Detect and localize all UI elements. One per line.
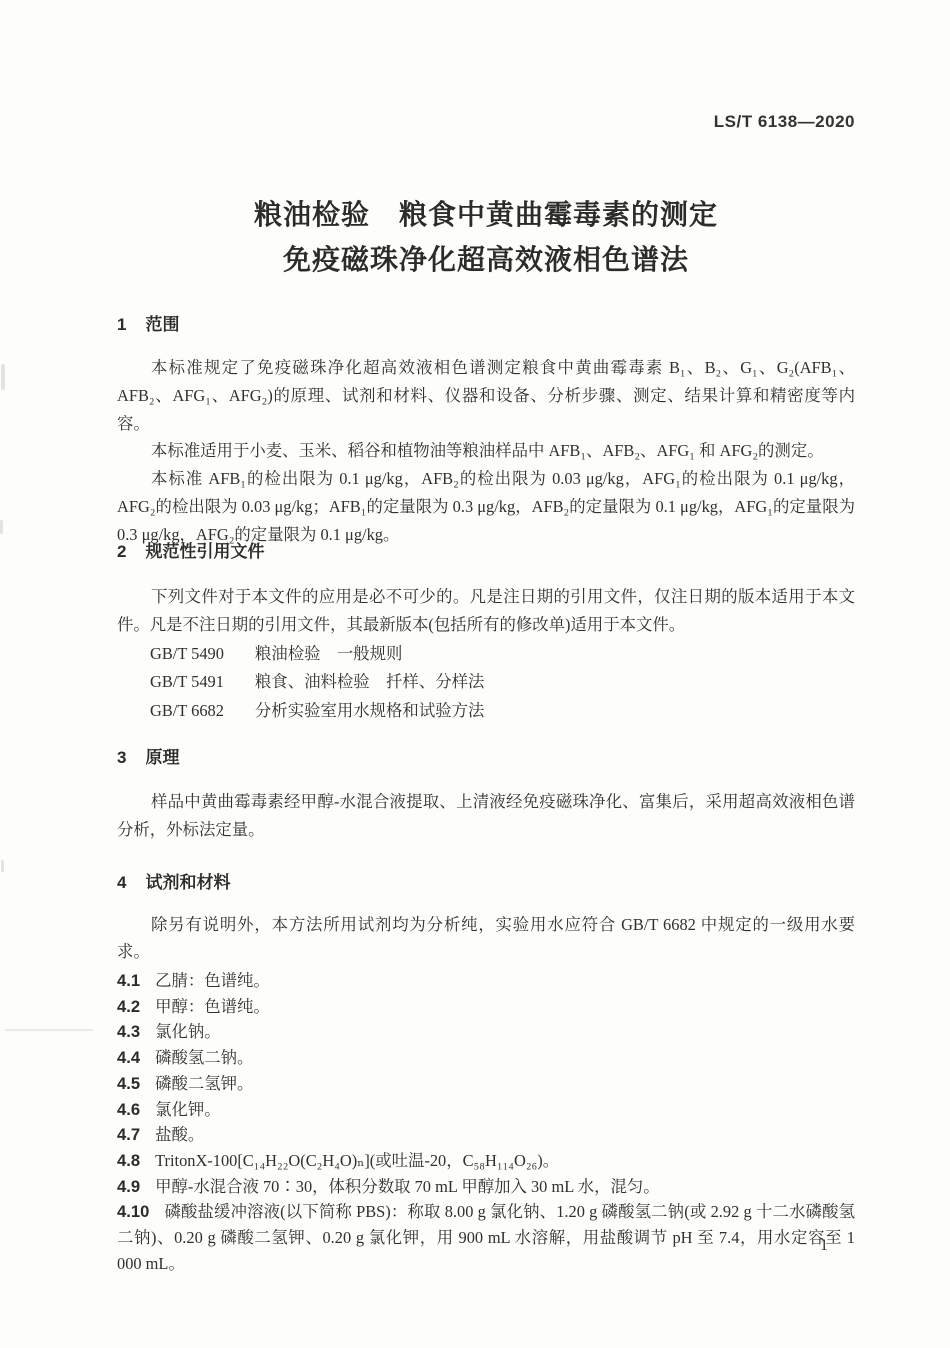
reference-code: GB/T 5490 — [150, 644, 224, 663]
item-text: 磷酸氢二钠。 — [155, 1048, 253, 1067]
document-title: 粮油检验 粮食中黄曲霉毒素的测定 免疫磁珠净化超高效液相色谱法 — [117, 192, 855, 282]
scan-artifact — [0, 520, 3, 534]
section-2-title: 规范性引用文件 — [145, 542, 264, 561]
reagent-item-4-7: 4.7盐酸。 — [117, 1122, 855, 1148]
reagent-item-4-3: 4.3氯化钠。 — [117, 1019, 855, 1045]
item-number: 4.1 — [117, 971, 140, 990]
item-text: 磷酸二氢钾。 — [155, 1074, 253, 1093]
standard-number: LS/T 6138—2020 — [714, 112, 855, 132]
reagent-item-4-4: 4.4磷酸氢二钠。 — [117, 1045, 855, 1071]
reagent-item-4-8: 4.8TritonX-100[C₁₄H₂₂O(C₂H₄O)ₙ](或吐温-20，C… — [117, 1148, 855, 1174]
reagent-item-4-10: 4.10磷酸盐缓冲溶液(以下简称 PBS)：称取 8.00 g 氯化钠、1.20… — [117, 1199, 855, 1276]
item-number: 4.6 — [117, 1100, 140, 1119]
section-4-title: 试剂和材料 — [145, 873, 230, 892]
reference-gbt-6682: GB/T 6682分析实验室用水规格和试验方法 — [117, 697, 855, 725]
item-number: 4.5 — [117, 1074, 140, 1093]
reference-gbt-5491: GB/T 5491粮食、油料检验 扦样、分样法 — [117, 668, 855, 696]
item-text: 乙腈：色谱纯。 — [155, 971, 270, 990]
item-number: 4.4 — [117, 1048, 140, 1067]
reference-code: GB/T 6682 — [150, 701, 224, 720]
item-number: 4.7 — [117, 1125, 140, 1144]
reference-gbt-5490: GB/T 5490粮油检验 一般规则 — [117, 640, 855, 668]
scan-artifact — [5, 1029, 93, 1031]
scope-paragraph-1: 本标准规定了免疫磁珠净化超高效液相色谱测定粮食中黄曲霉毒素 B₁、B₂、G₁、G… — [117, 354, 855, 437]
item-text: 氯化钾。 — [155, 1100, 221, 1119]
item-number: 4.8 — [117, 1151, 140, 1170]
item-number: 4.2 — [117, 997, 140, 1016]
item-text: TritonX-100[C₁₄H₂₂O(C₂H₄O)ₙ](或吐温-20，C₅₈H… — [155, 1151, 559, 1170]
item-text: 氯化钠。 — [155, 1022, 221, 1041]
section-4-heading: 4试剂和材料 — [117, 868, 855, 893]
document-page: LS/T 6138—2020 粮油检验 粮食中黄曲霉毒素的测定 免疫磁珠净化超高… — [0, 0, 950, 1348]
reference-title: 分析实验室用水规格和试验方法 — [255, 701, 484, 720]
reagents-intro: 除另有说明外，本方法所用试剂均为分析纯，实验用水应符合 GB/T 6682 中规… — [117, 911, 855, 965]
section-3-title: 原理 — [145, 748, 179, 767]
title-line-1: 粮油检验 粮食中黄曲霉毒素的测定 — [117, 192, 855, 237]
item-text: 甲醇-水混合液 70∶30，体积分数取 70 mL 甲醇加入 30 mL 水，混… — [155, 1177, 660, 1196]
section-3-body: 样品中黄曲霉毒素经甲醇-水混合液提取、上清液经免疫磁珠净化、富集后，采用超高效液… — [117, 788, 855, 844]
scope-paragraph-2: 本标准适用于小麦、玉米、稻谷和植物油等粮油样品中 AFB₁、AFB₂、AFG₁ … — [117, 437, 855, 465]
reagent-item-4-1: 4.1乙腈：色谱纯。 — [117, 968, 855, 994]
section-1-heading: 1范围 — [117, 310, 855, 335]
principle-paragraph: 样品中黄曲霉毒素经甲醇-水混合液提取、上清液经免疫磁珠净化、富集后，采用超高效液… — [117, 788, 855, 844]
page-number: 1 — [820, 1237, 828, 1255]
item-text: 甲醇：色谱纯。 — [155, 997, 270, 1016]
section-2-number: 2 — [117, 542, 126, 561]
section-1-title: 范围 — [145, 315, 179, 334]
section-3-number: 3 — [117, 748, 126, 767]
reagent-item-4-5: 4.5磷酸二氢钾。 — [117, 1071, 855, 1097]
item-number: 4.3 — [117, 1022, 140, 1041]
section-4-number: 4 — [117, 873, 126, 892]
section-3-heading: 3原理 — [117, 743, 855, 768]
section-2-body: 下列文件对于本文件的应用是必不可少的。凡是注日期的引用文件，仅注日期的版本适用于… — [117, 583, 855, 725]
scan-artifact — [1, 860, 4, 872]
title-line-2: 免疫磁珠净化超高效液相色谱法 — [117, 237, 855, 282]
section-1-body: 本标准规定了免疫磁珠净化超高效液相色谱测定粮食中黄曲霉毒素 B₁、B₂、G₁、G… — [117, 354, 855, 549]
item-text: 盐酸。 — [155, 1125, 204, 1144]
section-4-body: 除另有说明外，本方法所用试剂均为分析纯，实验用水应符合 GB/T 6682 中规… — [117, 911, 855, 1276]
item-number: 4.9 — [117, 1177, 140, 1196]
reference-code: GB/T 5491 — [150, 672, 224, 691]
reagent-item-4-2: 4.2甲醇：色谱纯。 — [117, 994, 855, 1020]
scan-artifact — [1, 364, 5, 390]
section-2-heading: 2规范性引用文件 — [117, 537, 855, 562]
normative-intro: 下列文件对于本文件的应用是必不可少的。凡是注日期的引用文件，仅注日期的版本适用于… — [117, 583, 855, 640]
item-number: 4.10 — [117, 1202, 149, 1221]
reagent-item-4-9: 4.9甲醇-水混合液 70∶30，体积分数取 70 mL 甲醇加入 30 mL … — [117, 1174, 855, 1200]
reference-title: 粮食、油料检验 扦样、分样法 — [255, 672, 484, 691]
item-text: 磷酸盐缓冲溶液(以下简称 PBS)：称取 8.00 g 氯化钠、1.20 g 磷… — [117, 1202, 855, 1272]
section-1-number: 1 — [117, 315, 126, 334]
reagent-item-4-6: 4.6氯化钾。 — [117, 1097, 855, 1123]
reference-title: 粮油检验 一般规则 — [255, 644, 403, 663]
